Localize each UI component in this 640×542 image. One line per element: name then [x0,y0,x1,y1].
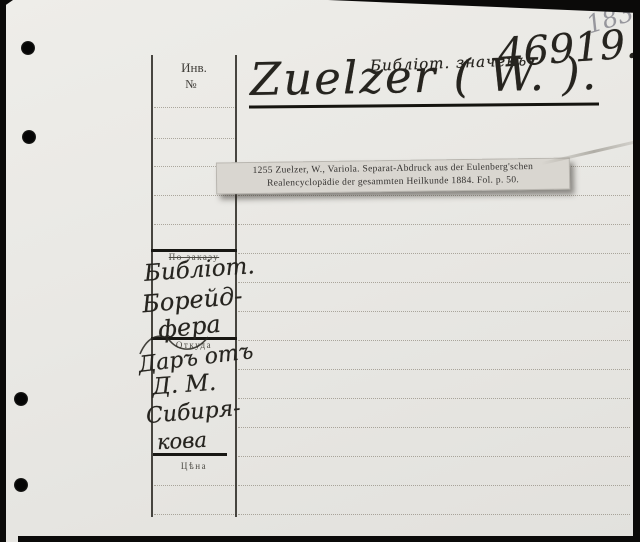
ruled-line [238,195,630,196]
price-label: Цѣна [151,461,237,471]
scan-edge-left [0,0,6,542]
scan-edge-top-wedge [328,0,640,13]
inventory-label: Инв. [151,60,237,76]
ruled-line [238,485,630,486]
ruled-line [238,369,630,370]
ruled-line [238,340,630,341]
punch-hole [14,478,28,492]
punch-hole [21,41,35,55]
ruled-line [154,485,236,486]
scan-edge-right [633,0,640,538]
printed-bibliography-slip: 1255 Zuelzer, W., Variola. Separat-Abdru… [216,158,570,195]
ruled-line [154,195,236,196]
catalog-card-scan: Инв. № По заказу Откуда Цѣна Библіот. Бо… [0,0,640,542]
ruled-line [238,311,630,312]
ruled-line [238,398,630,399]
origin-handwriting-line: Сибиря- [145,396,242,429]
ink-flourish [136,331,212,357]
scan-edge-bottom [18,536,640,542]
punch-hole [14,392,28,406]
ruled-line [238,427,630,428]
ruled-line [154,224,236,225]
origin-handwriting-line: кова [156,428,207,455]
ruled-line [238,224,630,225]
ruled-line [238,456,630,457]
ruled-line [154,138,236,139]
origin-handwriting-line: Д. М. [151,370,217,400]
paper-crease [541,138,640,165]
ruled-line [154,514,236,515]
ruled-line [238,253,630,254]
scan-edge-top-left [0,0,13,9]
ruled-line [238,282,630,283]
punch-hole [22,130,36,144]
inventory-number-sign: № [148,77,234,92]
card-title-handwriting: Zuelzer ( W. ). [250,47,599,106]
ruled-line [238,514,630,515]
ruled-line [154,107,236,108]
